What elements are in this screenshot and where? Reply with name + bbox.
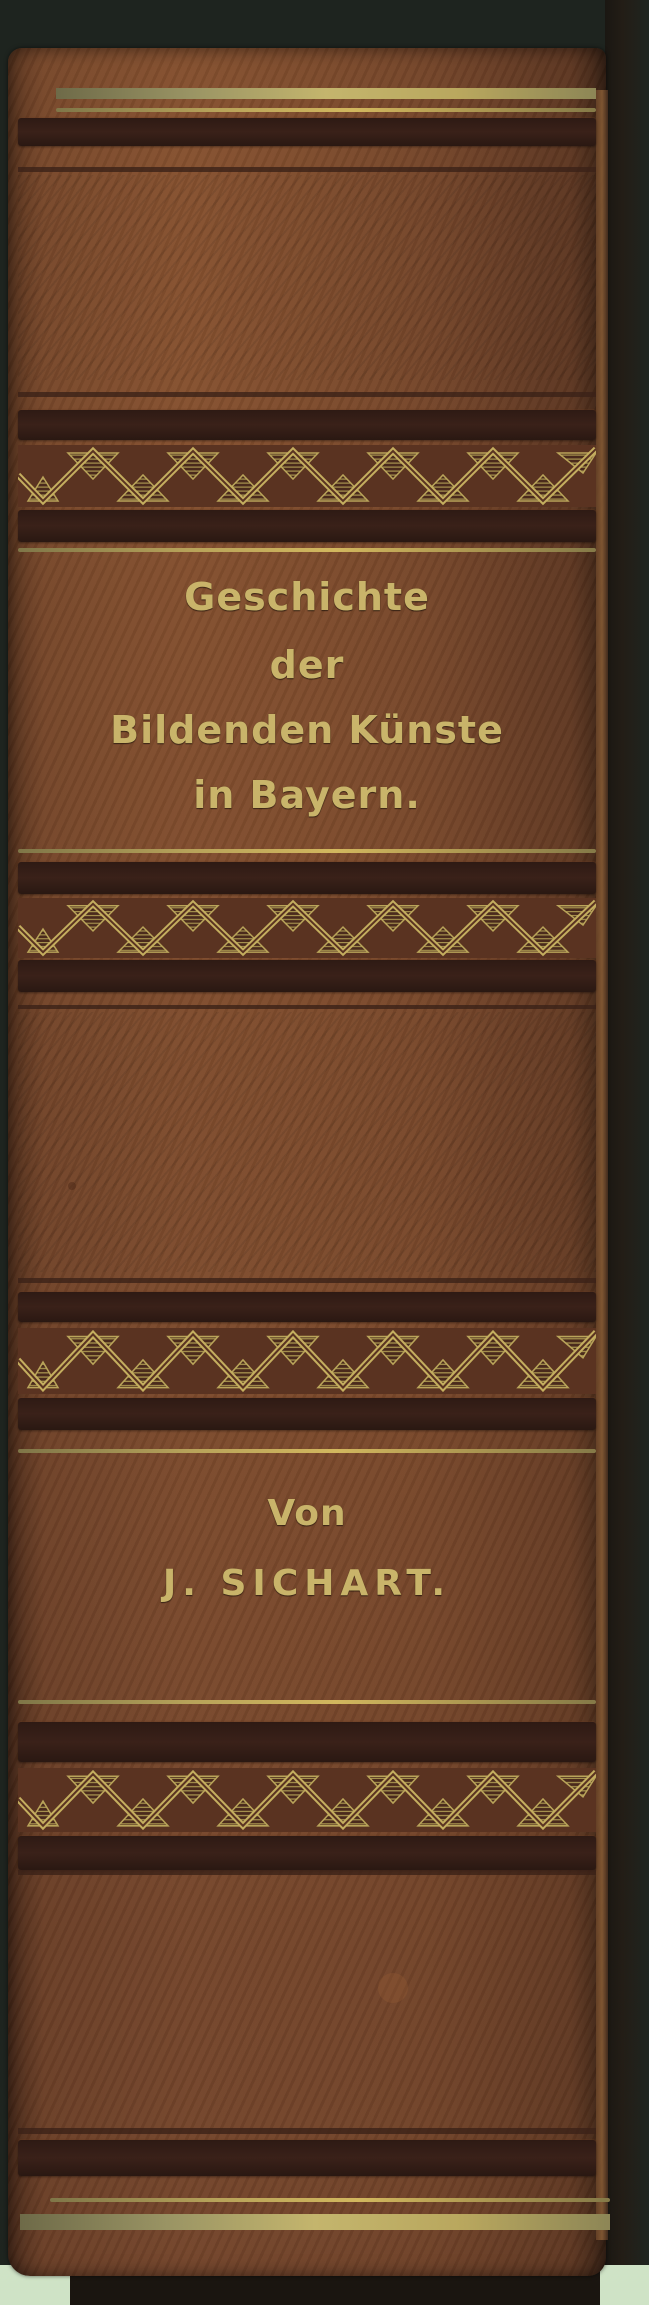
top-thin-rule bbox=[18, 167, 596, 172]
top-raised-band bbox=[18, 118, 596, 146]
gilt-line-1 bbox=[18, 548, 596, 552]
title-line-2: der bbox=[18, 646, 596, 684]
bottom-gilt-band bbox=[20, 2214, 610, 2230]
gilt-line-2 bbox=[18, 849, 596, 853]
panel-3-blank bbox=[18, 1012, 596, 1272]
background-right bbox=[605, 0, 649, 2305]
title-panel: Geschichte der Bildenden Künste in Bayer… bbox=[18, 556, 596, 846]
zigzag-ornament-1 bbox=[18, 445, 596, 507]
panel-1-bottom-rule bbox=[18, 392, 596, 397]
author-name: J. SICHART. bbox=[18, 1566, 596, 1602]
bottom-panel-top-rule bbox=[18, 1870, 596, 1875]
gilt-line-3 bbox=[18, 1449, 596, 1453]
zigzag-ornament-2 bbox=[18, 898, 596, 958]
panel-1-blank bbox=[18, 175, 596, 380]
zigzag-ornament-3 bbox=[18, 1328, 596, 1394]
raised-band-4-top bbox=[18, 1722, 596, 1762]
top-gilt-line bbox=[56, 108, 596, 112]
bottom-thin-rule bbox=[18, 2128, 596, 2134]
title-line-3: Bildenden Künste bbox=[18, 711, 596, 749]
title-line-4: in Bayern. bbox=[18, 776, 596, 814]
top-gilt-band bbox=[56, 88, 596, 99]
gilt-line-4 bbox=[18, 1700, 596, 1704]
author-panel: Von J. SICHART. bbox=[18, 1456, 596, 1686]
raised-band-1-top bbox=[18, 410, 596, 440]
leather-spot bbox=[68, 1182, 76, 1190]
raised-band-2-top bbox=[18, 862, 596, 894]
panel-3-top-rule bbox=[18, 1005, 596, 1009]
raised-band-4-bottom bbox=[18, 1836, 596, 1870]
raised-band-2-bottom bbox=[18, 960, 596, 992]
panel-3-bottom-rule bbox=[18, 1278, 596, 1283]
zigzag-ornament-4 bbox=[18, 1768, 596, 1832]
title-line-1: Geschichte bbox=[18, 578, 596, 616]
spine-right-edge bbox=[596, 90, 608, 2240]
bottom-raised-band bbox=[18, 2140, 596, 2176]
raised-band-3-top bbox=[18, 1292, 596, 1322]
raised-band-1-bottom bbox=[18, 510, 596, 542]
bottom-gilt-line bbox=[50, 2198, 610, 2202]
author-prefix: Von bbox=[18, 1496, 596, 1532]
panel-5-blank bbox=[18, 1878, 596, 2118]
leather-scuff bbox=[378, 1973, 408, 2003]
raised-band-3-bottom bbox=[18, 1398, 596, 1430]
